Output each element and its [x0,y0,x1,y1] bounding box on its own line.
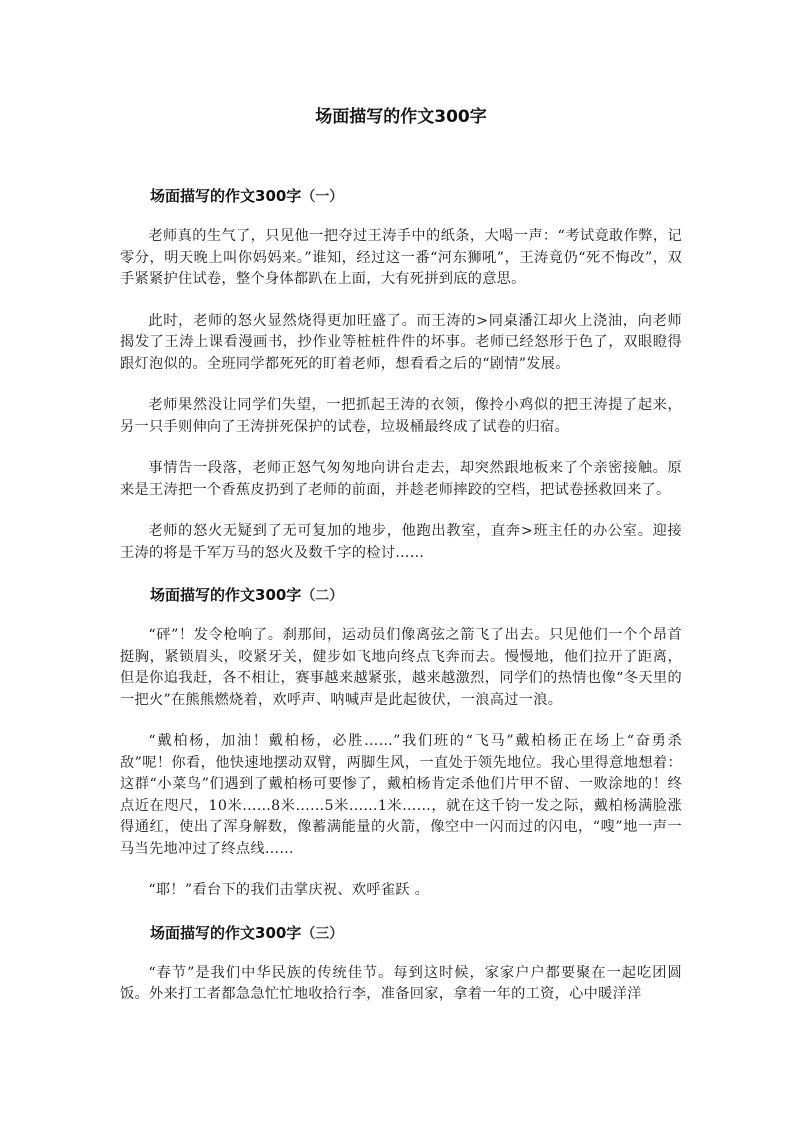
section-heading-text: 场面描写的作文300字 [150,924,301,942]
document-page: 场面描写的作文300字 场面描写的作文300字（一） 老师真的生气了，只见他一把… [120,105,682,1026]
paragraph: “砰”！发令枪响了。刹那间，运动员们像离弦之箭飞了出去。只见他们一个个昂首挺胸，… [120,625,682,711]
section-heading-text: 场面描写的作文300字 [150,187,301,205]
paragraph: “春节”是我们中华民族的传统佳节。每到这时候，家家户户都要聚在一起吃团圆饭。外来… [120,963,682,1006]
paragraph: 事情告一段落，老师正怒气匆匆地向讲台走去，却突然跟地板来了个亲密接触。原来是王涛… [120,458,682,501]
section-1: 场面描写的作文300字（一） 老师真的生气了，只见他一把夺过王涛手中的纸条，大喝… [120,185,682,564]
paragraph: 此时，老师的怒火显然烧得更加旺盛了。而王涛的>同桌潘江却火上浇油，向老师揭发了王… [120,311,682,376]
section-heading: 场面描写的作文300字（二） [150,584,682,607]
section-heading-number: （一） [301,189,343,205]
section-2: 场面描写的作文300字（二） “砰”！发令枪响了。刹那间，运动员们像离弦之箭飞了… [120,584,682,902]
section-heading: 场面描写的作文300字（三） [150,922,682,945]
document-title: 场面描写的作文300字 [120,105,682,129]
paragraph: 老师果然没让同学们失望，一把抓起王涛的衣领，像拎小鸡似的把王涛提了起来，另一只手… [120,395,682,438]
section-heading: 场面描写的作文300字（一） [150,185,682,208]
section-heading-text: 场面描写的作文300字 [150,586,301,604]
section-heading-number: （二） [301,588,343,604]
paragraph: “戴柏杨，加油！戴柏杨，必胜……”我们班的“飞马”戴柏杨正在场上“奋勇杀敌”呢！… [120,731,682,860]
paragraph: 老师的怒火无疑到了无可复加的地步，他跑出教室，直奔>班主任的办公室。迎接王涛的将… [120,521,682,564]
section-heading-number: （三） [301,926,343,942]
paragraph: “耶！”看台下的我们击掌庆祝、欢呼雀跃 。 [120,880,682,902]
paragraph: 老师真的生气了，只见他一把夺过王涛手中的纸条，大喝一声：“考试竟敢作弊，记零分，… [120,226,682,291]
section-3: 场面描写的作文300字（三） “春节”是我们中华民族的传统佳节。每到这时候，家家… [120,922,682,1006]
